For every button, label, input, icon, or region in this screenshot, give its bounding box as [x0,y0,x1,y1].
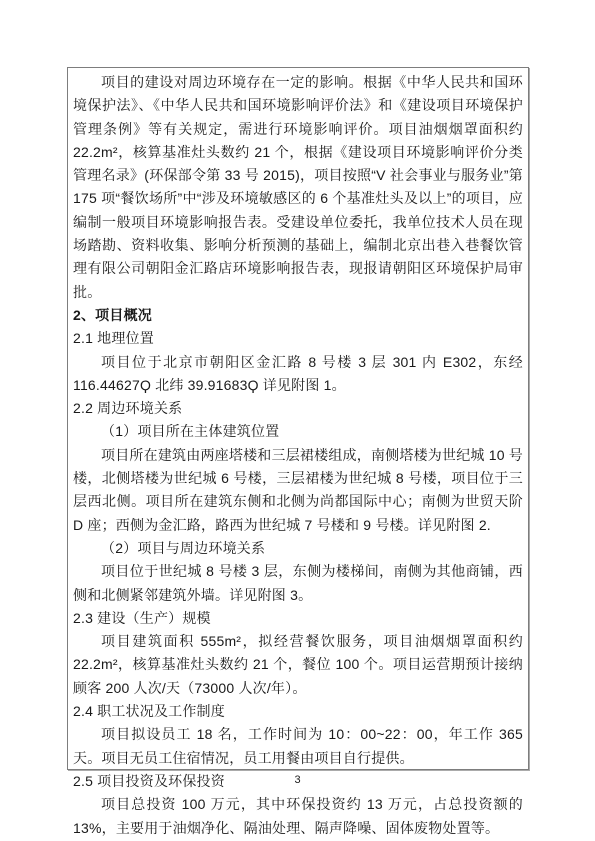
section-2-3-heading: 2.3 建设（生产）规模 [73,607,523,630]
content-frame: 项目的建设对周边环境存在一定的影响。根据《中华人民共和国环境保护法》、《中华人民… [67,67,529,770]
page-number: 3 [0,774,595,786]
section-2-1-heading: 2.1 地理位置 [73,327,523,350]
document-page: { "document": { "intro_paragraph": "项目的建… [0,0,595,841]
section-2-5-body: 项目总投资 100 万元，其中环保投资约 13 万元，占总投资额的 13%，主要… [73,793,523,840]
section-2-2-item-2-heading: （2）项目与周边环境关系 [73,537,523,560]
section-2-1-body: 项目位于北京市朝阳区金汇路 8 号楼 3 层 301 内 E302，东经 116… [73,351,523,398]
section-2-2-heading: 2.2 周边环境关系 [73,397,523,420]
section-2-4-body: 项目拟设员工 18 名，工作时间为 10：00~22：00，年工作 365 天。… [73,723,523,770]
section-2-heading: 2、项目概况 [73,304,523,327]
section-2-4-heading: 2.4 职工状况及工作制度 [73,700,523,723]
section-2-2-item-2-body: 项目位于世纪城 8 号楼 3 层，东侧为楼梯间，南侧为其他商铺，西侧和北侧紧邻建… [73,560,523,607]
section-2-3-body: 项目建筑面积 555m²，拟经营餐饮服务，项目油烟烟罩面积约 22.2m²，核算… [73,630,523,700]
section-2-2-item-1-heading: （1）项目所在主体建筑位置 [73,420,523,443]
section-2-2-item-1-body: 项目所在建筑由两座塔楼和三层裙楼组成，南侧塔楼为世纪城 10 号楼，北侧塔楼为世… [73,444,523,537]
intro-paragraph: 项目的建设对周边环境存在一定的影响。根据《中华人民共和国环境保护法》、《中华人民… [73,71,523,304]
